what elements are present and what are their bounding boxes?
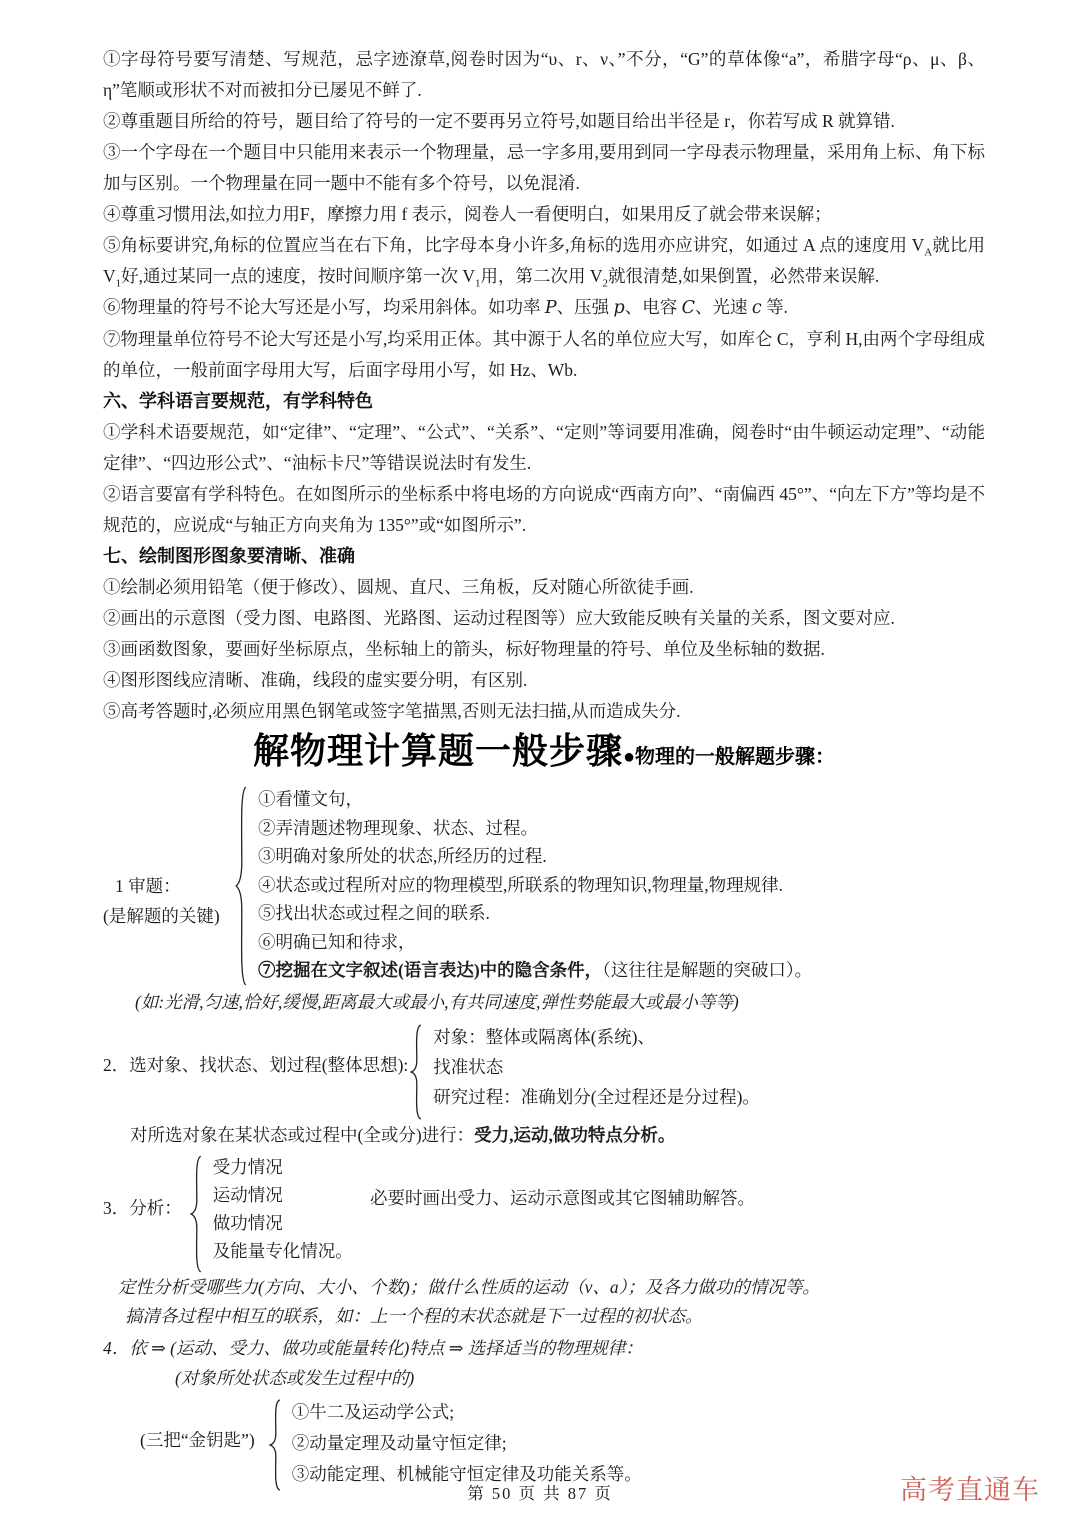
step2-item: 研究过程：准确划分(全过程还是分过程)。	[433, 1082, 760, 1112]
page-title: 解物理计算题一般步骤	[253, 735, 623, 766]
step3-note-1: 定性分析受哪些力(方向、大小、个数)；做什么性质的运动（v、a）；及各力做功的情…	[103, 1273, 985, 1302]
step1-item-7: ⑦挖掘在文字叙述(语言表达)中的隐含条件，（这往往是解题的突破口）。	[258, 956, 812, 985]
step2-item: 对象：整体或隔离体(系统)、	[433, 1022, 760, 1052]
step4-label: 4．依 ⇒ (运动、受力、做功或能量转化)特点 ⇒ 选择适当的物理规律：	[103, 1333, 985, 1363]
step4-item: ①牛二及运动学公式;	[292, 1397, 642, 1428]
brace-icon	[188, 1155, 204, 1273]
symbol-italic: c	[752, 298, 762, 318]
section7-item-4: ④图形图线应清晰、准确，线段的虚实要分明，有区别.	[103, 665, 985, 696]
section6-item-1: ①学科术语要规范，如“定律”、“定理”、“公式”、“关系”、“定则”等词要用准确…	[103, 417, 985, 479]
intro-item-1: ①字母符号要写清楚、写规范，忌字迹潦草,阅卷时因为“υ、r、ν、”不分，“G”的…	[103, 44, 985, 106]
intro-item-3: ③一个字母在一个题目中只能用来表示一个物理量，忌一字多用,要用到同一字母表示物理…	[103, 137, 985, 199]
step1-item: ③明确对象所处的状态,所经历的过程.	[258, 842, 812, 871]
step4-keys-block: (三把“金钥匙”) ①牛二及运动学公式; ②动量定理及动量守恒定律; ③动能定理…	[103, 1397, 985, 1491]
symbol-italic: P	[545, 298, 557, 318]
step1-item: ⑥明确已知和待求，	[258, 928, 812, 957]
step2-block: 2．选对象、找状态、划过程(整体思想): 对象：整体或隔离体(系统)、 找准状态…	[103, 1022, 985, 1120]
step3-items: 受力情况 运动情况 做功情况 及能量专化情况。	[213, 1153, 353, 1265]
step2-label: 2．选对象、找状态、划过程(整体思想):	[103, 1050, 408, 1081]
intro-item-2: ②尊重题目所给的符号，题目给了符号的一定不要再另立符号,如题目给出半径是 r，你…	[103, 106, 985, 137]
intro-item-4: ④尊重习惯用法,如拉力用F，摩擦力用 f 表示，阅卷人一看便明白，如果用反了就会…	[103, 199, 985, 230]
brace-icon	[267, 1399, 283, 1491]
step1-item-7-bold: ⑦挖掘在文字叙述(语言表达)中的隐含条件，	[258, 960, 602, 980]
intro-item-5-text: 用，第二次用 V	[481, 266, 603, 286]
step1-item: ②弄清题述物理现象、状态、过程。	[258, 814, 812, 843]
step3-item: 及能量专化情况。	[213, 1237, 353, 1265]
step1-label: 1 审题： (是解题的关键)	[103, 871, 233, 931]
step1-label-line1: 1 审题：	[103, 871, 233, 901]
section7-item-5: ⑤高考答题时,必须应用黑色钢笔或签字笔描黑,否则无法扫描,从而造成失分.	[103, 696, 985, 727]
intro-item-5-text: 好,通过某同一点的速度，按时间顺序第一次 V	[121, 266, 475, 286]
brace-icon	[408, 1024, 424, 1120]
calc-title-row: 解物理计算题一般步骤 ●物理的一般解题步骤：	[103, 735, 985, 773]
step2-items: 对象：整体或隔离体(系统)、 找准状态 研究过程：准确划分(全过程还是分过程)。	[433, 1022, 760, 1112]
subscript: A	[924, 247, 932, 259]
step3-note-2: 搞清各过程中相互的联系，如：上一个程的末状态就是下一过程的初状态。	[103, 1302, 985, 1331]
step4-keys-label: (三把“金钥匙”)	[140, 1425, 255, 1456]
step1-items: ①看懂文句， ②弄清题述物理现象、状态、过程。 ③明确对象所处的状态,所经历的过…	[258, 785, 812, 985]
intro-item-6-text: 等.	[762, 297, 788, 317]
step1-item-7-rest: （这往往是解题的突破口）。	[602, 960, 812, 980]
step2-item: 找准状态	[433, 1052, 760, 1082]
step3-item: 做功情况	[213, 1209, 353, 1237]
intro-item-7: ⑦物理量单位符号不论大写还是小写,均采用正体。其中源于人名的单位应大写，如库仑 …	[103, 324, 985, 386]
watermark: 高考直通车	[900, 1468, 1040, 1507]
step1-item: ⑤找出状态或过程之间的联系.	[258, 899, 812, 928]
page-content: ①字母符号要写清楚、写规范，忌字迹潦草,阅卷时因为“υ、r、ν、”不分，“G”的…	[0, 0, 1080, 1491]
document-page: { "intro": { "p1": "①字母符号要写清楚、写规范，忌字迹潦草,…	[0, 0, 1080, 1527]
section7-item-2: ②画出的示意图（受力图、电路图、光路图、运动过程图等）应大致能反映有关量的关系，…	[103, 603, 985, 634]
section6-item-2: ②语言要富有学科特色。在如图所示的坐标系中将电场的方向说成“西南方向”、“南偏西…	[103, 479, 985, 541]
step4-items: ①牛二及运动学公式; ②动量定理及动量守恒定律; ③动能定理、机械能守恒定律及功…	[292, 1397, 642, 1490]
intro-item-5-text: 就很清楚,如果倒置，必然带来误解.	[608, 266, 879, 286]
section7-item-1: ①绘制必须用铅笔（便于修改）、圆规、直尺、三角板，反对随心所欲徒手画.	[103, 572, 985, 603]
section7-item-3: ③画函数图象，要画好坐标原点，坐标轴上的箭头，标好物理量的符号、单位及坐标轴的数…	[103, 634, 985, 665]
step2-after-bold: 受力,运动,做功特点分析。	[474, 1125, 675, 1145]
step2-after-line: 对所选对象在某状态或过程中(全或分)进行：受力,运动,做功特点分析。	[103, 1120, 985, 1151]
step3-item: 运动情况	[213, 1181, 353, 1209]
intro-item-6-text: 、光速	[695, 297, 752, 317]
brace-icon	[233, 785, 249, 987]
intro-item-6-text: 、电容	[625, 297, 682, 317]
intro-item-6-text: ⑥物理量的符号不论大写还是小写，均采用斜体。如功率	[103, 297, 545, 317]
section7-heading: 七、绘制图形图象要清晰、准确	[103, 541, 985, 572]
intro-item-6: ⑥物理量的符号不论大写还是小写，均采用斜体。如功率 P、压强 p、电容 C、光速…	[103, 292, 985, 324]
intro-item-6-text: 、压强	[557, 297, 614, 317]
step1-item: ①看懂文句，	[258, 785, 812, 814]
symbol-italic: p	[614, 298, 625, 318]
step4-sub: (对象所处状态或发生过程中的)	[103, 1363, 985, 1393]
symbol-italic: C	[682, 298, 695, 318]
step1-item: ④状态或过程所对应的物理模型,所联系的物理知识,物理量,物理规律.	[258, 871, 812, 900]
step3-label: 3．分析：	[103, 1193, 182, 1224]
step3-side-note: 必要时画出受力、运动示意图或其它图辅助解答。	[370, 1183, 755, 1214]
page-subtitle: ●物理的一般解题步骤：	[623, 742, 835, 773]
section6-heading: 六、学科语言要规范，有学科特色	[103, 386, 985, 417]
step1-block: 1 审题： (是解题的关键) ①看懂文句， ②弄清题述物理现象、状态、过程。 ③…	[103, 785, 985, 987]
step1-label-line2: (是解题的关键)	[103, 901, 233, 931]
step2-after-normal: 对所选对象在某状态或过程中(全或分)进行：	[130, 1125, 474, 1145]
step3-block: 3．分析： 受力情况 运动情况 做功情况 及能量专化情况。 必要时画出受力、运动…	[103, 1153, 985, 1273]
intro-item-5: ⑤角标要讲究,角标的位置应当在右下角，比字母本身小许多,角标的选用亦应讲究，如通…	[103, 230, 985, 292]
step1-note: (如:光滑,匀速,恰好,缓慢,距离最大或最小,有共同速度,弹性势能最大或最小等等…	[103, 989, 985, 1016]
step4-item: ②动量定理及动量守恒定律;	[292, 1428, 642, 1459]
step3-item: 受力情况	[213, 1153, 353, 1181]
intro-item-5-text: ⑤角标要讲究,角标的位置应当在右下角，比字母本身小许多,角标的选用亦应讲究，如通…	[103, 235, 924, 255]
